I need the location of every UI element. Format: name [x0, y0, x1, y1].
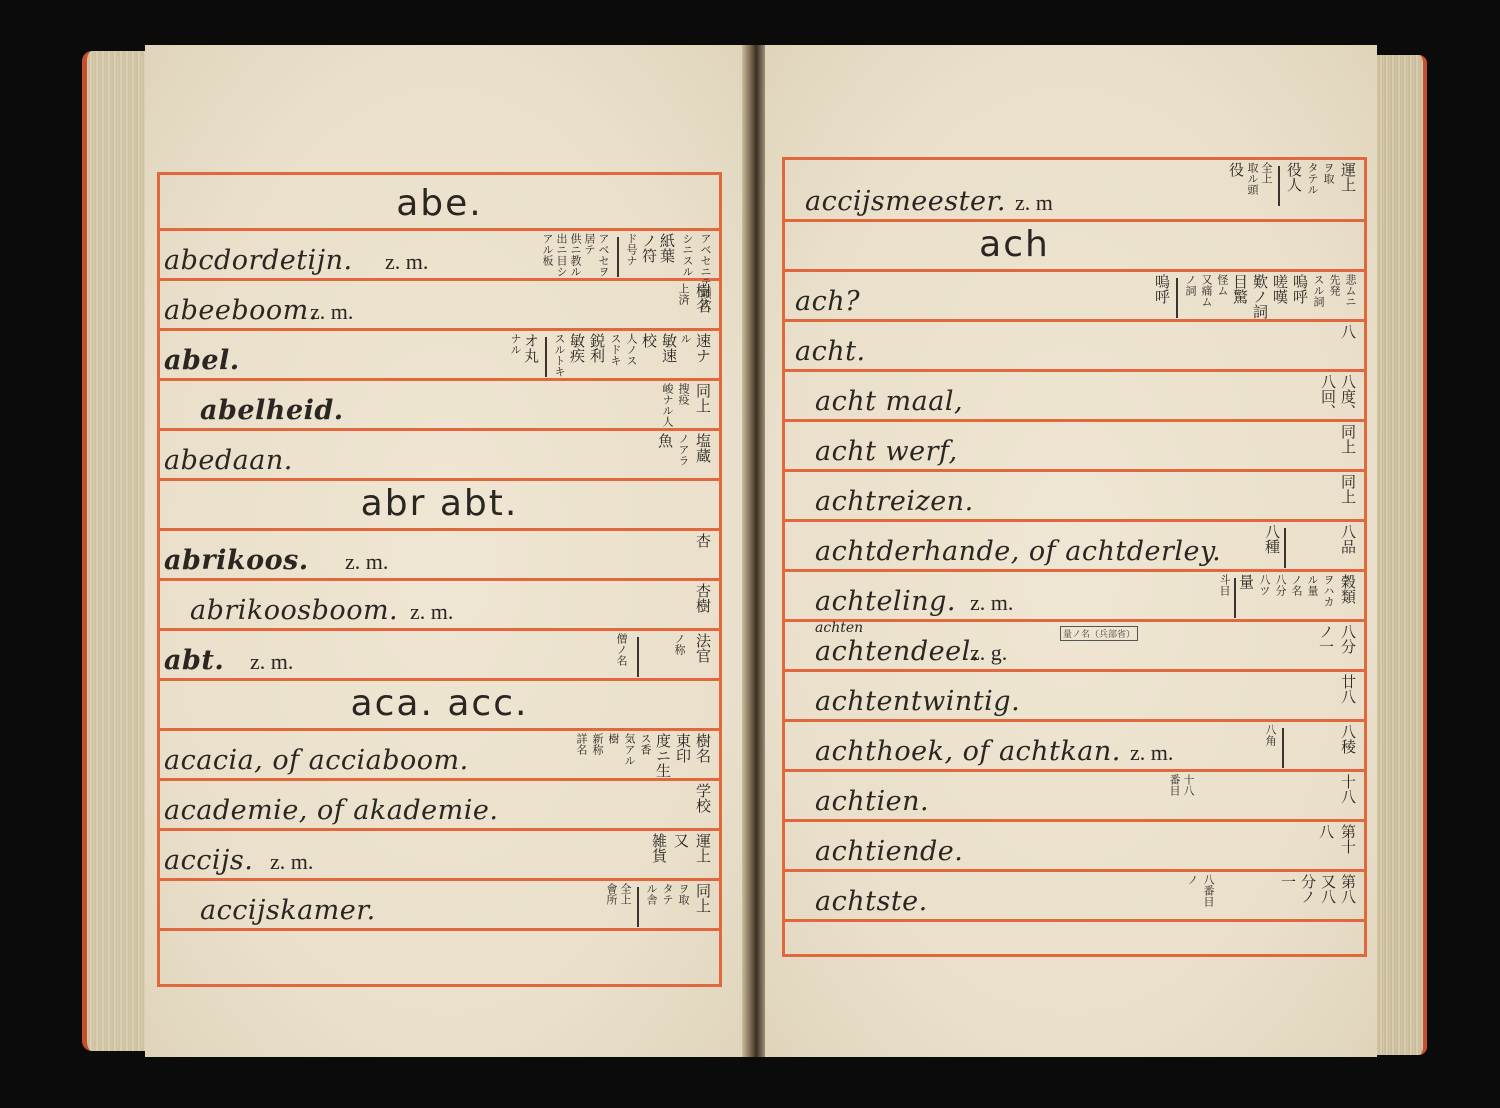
dutch-word: abcdordetijn.: [164, 245, 353, 276]
japanese-gloss: 雑貨: [650, 833, 667, 863]
japanese-gloss: 役: [1227, 162, 1244, 177]
japanese-gloss: 十八: [1182, 774, 1194, 796]
japanese-gloss: 紙葉: [658, 233, 675, 263]
section-heading: abe.: [160, 183, 719, 224]
japanese-gloss: 怪ム: [1216, 274, 1228, 296]
dutch-word: acht.: [795, 336, 866, 367]
dictionary-entry: achtreizen. 同上: [785, 472, 1364, 522]
japanese-gloss: 量: [1237, 574, 1254, 589]
japanese-gloss: 一: [1279, 874, 1296, 889]
section-heading-row: abr abt.: [160, 481, 719, 531]
gloss-separator: [1234, 578, 1236, 618]
grammar-label: z. m.: [250, 649, 293, 675]
dictionary-entry: academie, of akademie. 学校: [160, 781, 719, 831]
dictionary-entry: abedaan. 塩蔵 ノアラ 魚: [160, 431, 719, 481]
dutch-word: achtste.: [815, 886, 928, 917]
dutch-word: abeeboom.: [164, 295, 318, 326]
dictionary-entry: abrikoos. z. m. 杏: [160, 531, 719, 581]
japanese-gloss: 鋭利: [588, 333, 605, 363]
japanese-gloss: 全上: [619, 883, 631, 905]
japanese-gloss: シニスル: [681, 233, 693, 277]
japanese-gloss: 気アル: [623, 733, 635, 766]
japanese-gloss: 取ル頭: [1246, 162, 1258, 195]
japanese-gloss: 又痛ム: [1200, 274, 1212, 307]
japanese-gloss: 新称: [591, 733, 603, 755]
japanese-gloss: 八分: [1274, 574, 1286, 596]
dictionary-entry: accijskamer. 同上 ヲ取 タテ ル舎 全上 會所: [160, 881, 719, 931]
japanese-gloss: 敏疾: [568, 333, 585, 363]
japanese-gloss: 供ニ教ル: [569, 233, 581, 277]
japanese-gloss: 峻ナル人: [661, 383, 673, 427]
japanese-gloss: 八: [1339, 324, 1356, 339]
japanese-gloss: オ丸: [522, 333, 539, 363]
dutch-word: achtendeel.: [815, 636, 980, 667]
dictionary-entry: achtentwintig. 廿八: [785, 672, 1364, 722]
grammar-label: z. m.: [970, 590, 1013, 616]
dutch-word: accijskamer.: [200, 895, 376, 926]
gloss-separator: [545, 337, 547, 377]
japanese-gloss: ヲ取: [677, 883, 689, 905]
japanese-gloss: 穀類: [1339, 574, 1356, 604]
japanese-gloss: ル: [679, 333, 691, 344]
japanese-gloss: 東印: [674, 733, 691, 763]
grammar-label: z. m.: [310, 299, 353, 325]
grammar-label: z. m.: [345, 549, 388, 575]
japanese-gloss: 又八: [1319, 874, 1336, 904]
dutch-word: achteling.: [815, 586, 956, 617]
dutch-word: achtreizen.: [815, 486, 974, 517]
left-page-frame: abe. abcdordetijn. z. m. アベセニテ順次 シニスル 紙葉…: [157, 172, 722, 987]
dictionary-entry: abrikoosboom. z. m. 杏樹: [160, 581, 719, 631]
japanese-gloss: 八種: [1263, 524, 1280, 554]
japanese-gloss: 八ツ: [1258, 574, 1270, 596]
dutch-word: acht maal,: [815, 386, 963, 417]
japanese-gloss: ヲハカ: [1322, 574, 1334, 607]
japanese-gloss: 八分: [1339, 624, 1356, 654]
japanese-gloss: ノ詞: [1184, 274, 1196, 296]
japanese-gloss: 又: [672, 833, 689, 848]
japanese-gloss: 居テ: [583, 233, 595, 255]
dictionary-entry: acht werf, 同上: [785, 422, 1364, 472]
japanese-gloss: 速ナ: [694, 333, 711, 363]
dictionary-entry: abel. 速ナ ル 敏速 校 人ノス スドキ 鋭利 敏疾 スルトキ オ丸 ナル: [160, 331, 719, 381]
dictionary-entry: achtste. 第八 又八 分ノ 一 八番目 ノ: [785, 872, 1364, 922]
dutch-word: achtderhande, of achtderley.: [815, 536, 1221, 567]
gloss-separator: [637, 637, 639, 677]
dictionary-entry: acht maal, 八度、 八回、: [785, 372, 1364, 422]
japanese-gloss: 嗚呼: [1153, 274, 1170, 304]
japanese-gloss: 樹名: [694, 283, 711, 313]
japanese-gloss: 八品: [1339, 524, 1356, 554]
open-book: abe. abcdordetijn. z. m. アベセニテ順次 シニスル 紙葉…: [80, 45, 1425, 1065]
japanese-gloss: 十八: [1339, 774, 1356, 804]
interlinear-correction: achten: [815, 620, 863, 636]
dutch-word: achtiende.: [815, 836, 963, 867]
japanese-gloss: 学校: [694, 783, 711, 813]
japanese-gloss: 嗟嘆: [1271, 274, 1288, 304]
dutch-word: abelheid.: [200, 395, 344, 426]
japanese-gloss: ヲ取: [1322, 162, 1334, 184]
japanese-gloss: 法官: [694, 633, 711, 663]
gloss-separator: [1284, 528, 1286, 568]
dutch-word: abel.: [164, 345, 240, 376]
japanese-gloss: ノ一: [1317, 624, 1334, 654]
japanese-gloss: 同上: [694, 883, 711, 913]
grammar-label: z. g.: [970, 640, 1007, 666]
grammar-label: z. m: [1015, 190, 1053, 216]
japanese-gloss: 先発: [1328, 274, 1340, 296]
japanese-gloss: 杏: [694, 533, 711, 548]
japanese-gloss: ナル: [509, 333, 521, 355]
japanese-gloss: 全上: [1260, 162, 1272, 184]
dutch-word: accijs.: [164, 845, 253, 876]
japanese-gloss: 人ノス: [625, 333, 637, 366]
japanese-gloss: ノ: [1186, 874, 1198, 885]
dutch-word: abrikoosboom.: [190, 595, 398, 626]
dutch-word: abrikoos.: [164, 545, 309, 576]
dictionary-entry: achtien. 十八 十八 番目: [785, 772, 1364, 822]
right-page-frame: accijsmeester. z. m 運上 ヲ取 タテル 役人 全上 取ル頭 …: [782, 157, 1367, 957]
japanese-gloss: 分ノ: [1299, 874, 1316, 904]
dutch-word: accijsmeester.: [805, 186, 1006, 217]
japanese-gloss: ノ称: [673, 633, 685, 655]
japanese-gloss: 八: [1317, 824, 1334, 839]
japanese-gloss: 上済: [677, 283, 689, 305]
dutch-word: achthoek, of achtkan.: [815, 736, 1121, 767]
japanese-gloss: 同上: [1339, 474, 1356, 504]
japanese-gloss: 八回、: [1319, 374, 1336, 419]
left-page-stack-edge: [82, 51, 151, 1051]
japanese-gloss: スルトキ: [553, 333, 565, 377]
grammar-label: z. m.: [410, 599, 453, 625]
gloss-separator: [1176, 278, 1178, 318]
japanese-gloss: 運上: [1339, 162, 1356, 192]
dictionary-entry: achten achtendeel. z. g. 量ノ名（兵部省） 八分 ノ一: [785, 622, 1364, 672]
japanese-gloss: ス香: [639, 733, 651, 755]
right-page: accijsmeester. z. m 運上 ヲ取 タテル 役人 全上 取ル頭 …: [765, 45, 1377, 1057]
dutch-word: abt.: [164, 645, 224, 676]
grammar-label: z. m.: [270, 849, 313, 875]
dictionary-entry: abeeboom. z. m. 樹名 上済: [160, 281, 719, 331]
japanese-gloss: タテル: [1306, 162, 1318, 195]
japanese-gloss: 斗目: [1218, 574, 1230, 596]
japanese-gloss: 歎ノ詞: [1251, 274, 1268, 319]
japanese-gloss: アル板: [541, 233, 553, 266]
dutch-word: ach?: [795, 286, 860, 317]
japanese-gloss: 塩蔵: [694, 433, 711, 463]
grammar-label: z. m.: [385, 249, 428, 275]
dutch-word: acacia, of acciaboom.: [164, 745, 469, 776]
japanese-gloss: 校: [640, 333, 657, 348]
dutch-word: acht werf,: [815, 436, 958, 467]
dictionary-entry: achtderhande, of achtderley. 八品 八種: [785, 522, 1364, 572]
japanese-gloss: 詳名: [575, 733, 587, 755]
japanese-gloss: 第八: [1339, 874, 1356, 904]
japanese-gloss: スル詞: [1312, 274, 1324, 307]
dictionary-entry: acacia, of acciaboom. 樹名 東印 度ニ生 ス香 気アル 樹…: [160, 731, 719, 781]
gloss-separator: [617, 237, 619, 277]
gloss-separator: [1278, 166, 1280, 206]
japanese-gloss: 目驚: [1231, 274, 1248, 304]
japanese-gloss: ノアラ: [677, 433, 689, 466]
dutch-word: achtien.: [815, 786, 929, 817]
japanese-gloss: 役人: [1285, 162, 1302, 192]
japanese-gloss: 廿八: [1339, 674, 1356, 704]
japanese-gloss: タテ: [661, 883, 673, 905]
japanese-gloss: 搜疫: [677, 383, 689, 405]
japanese-gloss: 僧ノ名: [615, 633, 627, 666]
dictionary-entry: acht. 八: [785, 322, 1364, 372]
japanese-gloss: 敏速: [660, 333, 677, 363]
section-heading: ach: [785, 224, 1244, 265]
japanese-gloss: ル舎: [645, 883, 657, 905]
japanese-gloss: 八番目: [1202, 874, 1214, 907]
section-heading-row: abe.: [160, 175, 719, 231]
japanese-gloss: スドキ: [609, 333, 621, 366]
japanese-gloss: 悲ムニ: [1344, 274, 1356, 307]
japanese-gloss: 樹: [607, 733, 619, 744]
japanese-gloss: ノ符: [640, 233, 657, 263]
japanese-gloss: 出ニ目シ: [555, 233, 567, 277]
section-heading: aca. acc.: [160, 683, 719, 724]
japanese-gloss: 八角: [1264, 724, 1276, 746]
dutch-word: abedaan.: [164, 445, 293, 476]
dictionary-entry: accijsmeester. z. m 運上 ヲ取 タテル 役人 全上 取ル頭 …: [785, 160, 1364, 222]
japanese-gloss: 嗚呼: [1291, 274, 1308, 304]
japanese-gloss: 同上: [1339, 424, 1356, 454]
gloss-separator: [1282, 728, 1284, 768]
left-page: abe. abcdordetijn. z. m. アベセニテ順次 シニスル 紙葉…: [145, 45, 745, 1057]
japanese-gloss: 度ニ生: [654, 733, 671, 778]
section-heading-row: aca. acc.: [160, 681, 719, 731]
dictionary-entry: abcdordetijn. z. m. アベセニテ順次 シニスル 紙葉 ノ符 ド…: [160, 231, 719, 281]
right-page-stack-edge: [1377, 55, 1427, 1055]
dictionary-entry: abelheid. 同上 搜疫 峻ナル人: [160, 381, 719, 431]
dutch-word: academie, of akademie.: [164, 795, 498, 826]
japanese-gloss: 八稜: [1339, 724, 1356, 754]
japanese-gloss: ル量: [1306, 574, 1318, 596]
dictionary-entry: accijs. z. m. 運上 又 雑貨: [160, 831, 719, 881]
dictionary-entry: achtiende. 第十 八: [785, 822, 1364, 872]
japanese-gloss: 會所: [605, 883, 617, 905]
japanese-gloss: 魚: [656, 433, 673, 448]
japanese-gloss: 番目: [1168, 774, 1180, 796]
dutch-word: achtentwintig.: [815, 686, 1020, 717]
stamp-mark: 量ノ名（兵部省）: [1060, 626, 1138, 641]
japanese-gloss: 八度、: [1339, 374, 1356, 419]
japanese-gloss: 第十: [1339, 824, 1356, 854]
section-heading: abr abt.: [160, 483, 719, 524]
japanese-gloss: 杏樹: [694, 583, 711, 613]
section-heading-row: ach: [785, 222, 1364, 272]
dictionary-entry: abt. z. m. 法官 ノ称 僧ノ名: [160, 631, 719, 681]
dictionary-entry: ach? 悲ムニ 先発 スル詞 嗚呼 嗟嘆 歎ノ詞 目驚 怪ム 又痛ム ノ詞 嗚…: [785, 272, 1364, 322]
grammar-label: z. m.: [1130, 740, 1173, 766]
japanese-gloss: 運上: [694, 833, 711, 863]
japanese-gloss: 樹名: [694, 733, 711, 763]
dictionary-entry: achteling. z. m. 穀類 ヲハカ ル量 ノ名 八分 八ツ 量 斗目: [785, 572, 1364, 622]
japanese-gloss: ノ名: [1290, 574, 1302, 596]
japanese-gloss: ド号ナ: [625, 233, 637, 266]
gloss-separator: [637, 887, 639, 927]
japanese-gloss: 同上: [694, 383, 711, 413]
japanese-gloss: アベセヲ: [597, 233, 609, 277]
dictionary-entry: achthoek, of achtkan. z. m. 八稜 八角: [785, 722, 1364, 772]
